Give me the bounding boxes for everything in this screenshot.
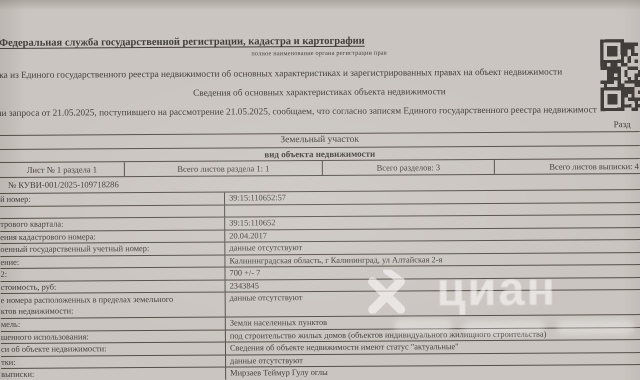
row-label: си об объекте недвижимости: [1, 343, 225, 356]
document-page: Федеральная служба государственной регис… [0, 0, 640, 380]
total-sheets-cell: Всего листов выписки: 4 [494, 159, 640, 174]
extract-title-line: ка из Единого государственного реестра н… [0, 68, 562, 81]
authority-caption: полное наименование органа регистрации п… [0, 48, 639, 59]
row-label: ения кадастрового номера: [0, 230, 224, 243]
row-label: ение: [0, 255, 224, 268]
section-label: Разд [614, 119, 631, 129]
row-label: трового квартала: [0, 218, 224, 231]
row-label: й номер: [0, 193, 224, 206]
row-label: е номера расположенных в пределах земель… [1, 293, 225, 318]
request-info-line: ии запроса от 21.05.2025, поступившего н… [0, 105, 597, 119]
row-value: данные отсутствуют [225, 290, 640, 317]
row-label: тки: [1, 355, 225, 368]
row-label: выписки: [1, 368, 225, 380]
attribute-rows: й номер: 39:15:110652:57 трового квартал… [0, 189, 640, 380]
object-characteristics-table: Земельный участок вид объекта недвижимос… [0, 131, 640, 380]
table-row: е номера расположенных в пределах земель… [1, 289, 640, 318]
egrn-extract-photo: Федеральная служба государственной регис… [0, 0, 640, 380]
row-label: шенного использования: [1, 330, 225, 343]
characteristics-subtitle: Сведения об основных характеристиках объ… [0, 86, 639, 100]
row-label: стоимость, руб: [1, 280, 225, 293]
row-label: оенный государственный учетный номер: [0, 243, 224, 256]
section-sheets-cell: Всего листов раздела 1: 1 [124, 161, 322, 176]
row-label: 2: [0, 268, 224, 281]
sheet-number-cell: Лист № 1 раздела 1 [0, 162, 124, 177]
registry-authority-title: Федеральная служба государственной регис… [0, 34, 639, 49]
qr-code-icon [600, 39, 640, 111]
row-value: Мирзаев Теймур Гулу оглы [225, 365, 640, 379]
row-label: мель: [1, 318, 225, 331]
total-sections-cell: Всего разделов: 3 [322, 160, 494, 175]
row-label [0, 205, 224, 218]
